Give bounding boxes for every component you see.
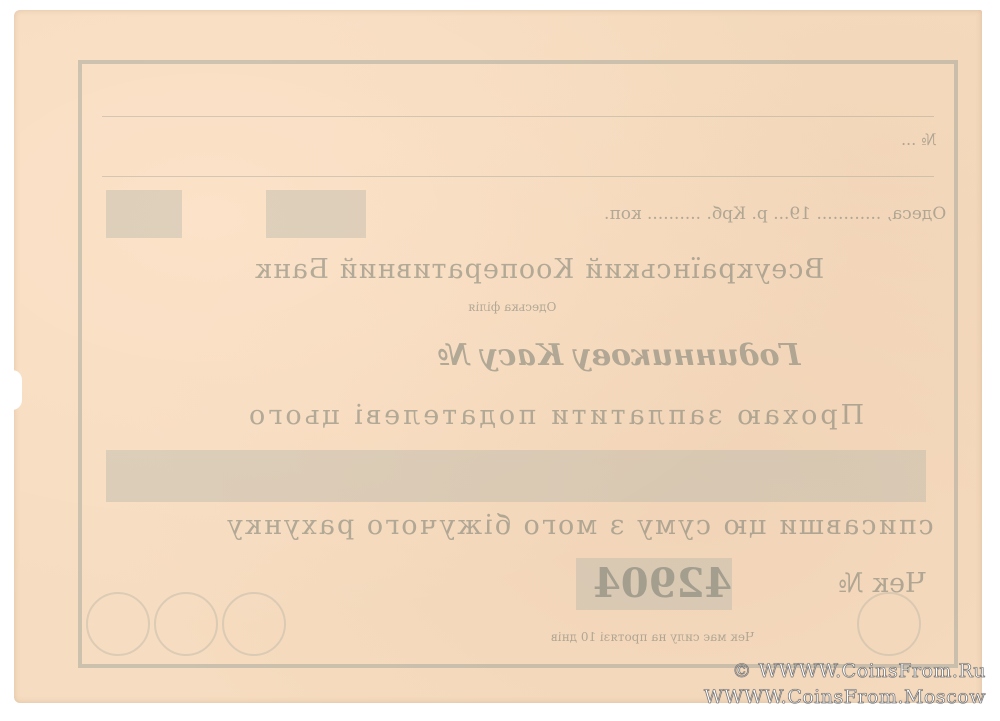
- rosette-ornament: [857, 592, 921, 656]
- divider: [102, 116, 934, 117]
- rosette-ornament: [222, 592, 286, 656]
- divider: [102, 176, 934, 177]
- amount-words-box: [106, 450, 926, 502]
- footer-note: Чек має силу на протязі 10 днів: [551, 630, 754, 644]
- watermark-line-2: WWWW.CoinsFrom.Moscow: [704, 686, 986, 708]
- watermark-line-1: © WWWW.CoinsFrom.Ru: [732, 660, 986, 682]
- place-date-amount: Одеса, ............ 19... р. Крб. ......…: [604, 204, 946, 224]
- header-field: № ...: [901, 130, 936, 149]
- instruction-line-1: Прохаю заплатити подателеві цього: [246, 400, 864, 431]
- bank-name: Всеукраїнський Кооперативний Банк: [254, 254, 824, 285]
- amount-stamp-box: [266, 190, 366, 238]
- addressee: Годинникову Касу №: [437, 338, 800, 373]
- rosette-ornament: [86, 592, 150, 656]
- perforated-edge: [977, 10, 987, 703]
- cheque-number: 42904: [593, 560, 732, 607]
- cheque-paper: № ... Одеса, ............ 19... р. Крб. …: [14, 10, 982, 703]
- paper-tear: [8, 370, 22, 410]
- branch-name: Одеська філія: [468, 300, 556, 314]
- rosette-ornament: [154, 592, 218, 656]
- amount-stamp-box: [106, 190, 182, 238]
- ornamental-frame: № ... Одеса, ............ 19... р. Крб. …: [78, 60, 958, 668]
- instruction-line-2: списавши цю суму з мого біжучого рахунку: [225, 510, 934, 541]
